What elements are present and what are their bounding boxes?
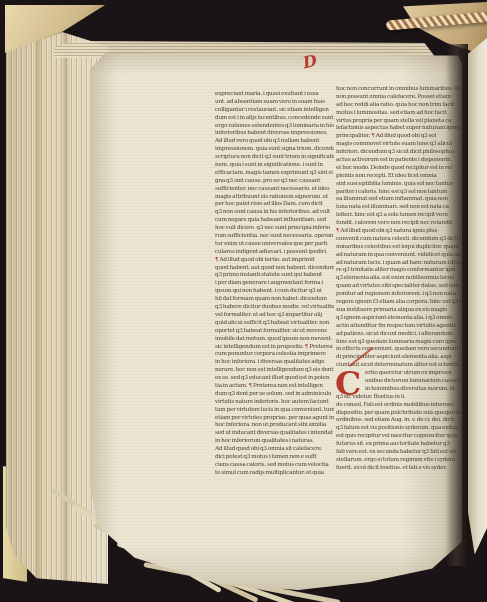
text-line: tur enim ut cause universales que per pa… [215,241,334,249]
initial-section: C ertio queretur utrum ex impressionibus… [336,370,462,394]
text-line: fuerit. sicut dicit boetius. et fati e v… [336,465,462,473]
facing-page-edge [468,38,487,565]
drop-cap-initial: C [335,372,362,395]
text-line: ad naturam lucis. i quam ad hanc naturam… [336,260,462,268]
text-line: stellarum. ergo si totum regimen vite i … [336,457,462,465]
text-line: pariter i caloris. hinc est q3 sol non t… [336,189,462,197]
text-line: impressionem. quia sunt signa trium. dic… [215,146,334,154]
pilcrow-mark: ¶ [215,257,218,263]
text-line: quod habent. aut quod non habent. dicend… [215,265,334,273]
text-line: tia in actum. ¶ Preterea non est intelli… [215,383,334,391]
text-line: dum est i in alijs lucentibus. concedend… [215,115,334,123]
pilcrow-mark: ¶ [336,228,339,234]
text-line: est quis recipitur vel nascitur cognosci… [336,433,462,441]
text-column-right: hoc non concurrunt in omnibus luminaribu… [336,86,462,473]
text-line: sic intelligendum est in proposito. ¶ Pr… [215,344,334,352]
text-line: convenit cum natura celesti. dicendum q3… [336,236,462,244]
text-line: q3 non sunt causa in his inferioribus. a… [215,209,334,217]
text-line: hinc est q3 quedam luminaria magis cum i… [336,339,462,347]
text-line: lefieri. hinc est q3 a sole lumen recipi… [336,212,462,220]
text-line: nerare. hoc non est intelligendum q3 eis… [215,367,334,375]
text-line: q3 ignem aspiciunt elementa alia. i q3 o… [336,315,462,323]
pilcrow-mark: ¶ [305,344,308,350]
text-line: rum sufficientia. nec sunt necessaria. o… [215,233,334,241]
text-line: principaliter. ¶ Ad illud quod obi q3 so… [336,133,462,141]
text-line: scriptura non dicit q3 sunt trium in sig… [215,154,334,162]
text-line: expreciant maria. i quasi exultant i ess… [215,91,334,99]
text-line: quam ad virtutes sibi specialiter datas.… [336,283,462,291]
text-line: fati vere est. ex secunda habetur q3 fat… [336,449,462,457]
text-line: non possunt omnia calefacere. Posset eti… [336,94,462,102]
text-line: hoc vult dicere. q3 nec sunt principia i… [215,225,334,233]
text-line: sufficienter. nec causant necessario. et… [215,186,334,194]
text-line: ponitur ad regionem inferiorem. i q3 non… [336,291,462,299]
text-line: q3 habere dicitur duobus modis. vel virt… [215,304,334,312]
text-line: hoc inferiora. non ut producant sibi sim… [215,422,334,430]
pilcrow-mark: ¶ [371,133,374,139]
text-line: actus activorum est in patiente i dispon… [336,157,462,165]
text-line: q3 fatum est vis positionis syderum. qua… [336,425,462,433]
text-line: inferiori. dicendum q3 sicut dicit philo… [336,149,462,157]
text-line: q3 elementa alia. est enim nobilissimus … [336,275,462,283]
pilcrow-mark: ¶ [249,383,252,389]
text-line: oportet q3 habeat formaliter. sicut move… [215,328,334,336]
text-line: imobile dat motum. quod ipsum non movent… [215,336,334,344]
text-line: i per diam generare i augmentant forma i [215,280,334,288]
text-line: virtus propria per quam stella vel plane… [336,118,462,126]
text-line: actio attenditur fm respectum virtutis a… [336,323,462,331]
text-line: ergo rationes ostendentes q3 luminaria i… [215,123,334,131]
text-line: hil dat formam quam non habet. dicendum [215,296,334,304]
text-line: ¶ Ad illud quod obi q3 natura ignis plus [336,228,462,236]
text-line: ad naturam in qua conveniunt. videlicet … [336,252,462,260]
text-line: fundit. calorem vero non recipit nec ret… [336,220,462,228]
text-line: te simul cum radijs multiplicantur. et q… [215,470,334,478]
text-block: hoc non concurrunt in omnibus luminaribu… [336,86,462,370]
text-line: virtutis nature inferioris. hoc autem fa… [215,399,334,407]
text-line: ex se. sed q3 educant illud quod est in … [215,375,334,383]
text-line: magis commovet virtute suam lune q3 alic… [336,141,462,149]
text-line: in effectu conveniunt. quedam vero secun… [336,346,462,354]
text-line: colligantur i restaurant. sic etiam inte… [215,107,334,115]
text-line: ad patiens. sicut dicunt medici. i alter… [336,331,462,339]
text-line: nem. quia i sunt in significatione. i su… [215,162,334,170]
text-line: cum ponuntur corpora celestia imprimere [215,351,334,359]
text-line: unt. ad absentiam suam vero in suam fuas [215,99,334,107]
text-line: futurus sit. ex prima auctoritate habetu… [336,441,462,449]
text-line: dum q3 dent per se solum. sed in adminic… [215,391,334,399]
text-line: in hoc inferiora. i diversas qualitates … [215,359,334,367]
text-line: inferioribus habent diversas impressione… [215,130,334,138]
text-line: lefactionis aspectus habet super naturam… [336,125,462,133]
text-line: Ad illud quod obi q3 omnia sit calefacer… [215,446,334,454]
text-line: sua instituere primaria aliqua ex eis ma… [336,307,462,315]
text-line: ciens causa caloris. sed motus cum veloc… [215,462,334,470]
text-line: in hoc inferiorum qualitates i naturas. [215,438,334,446]
text-line: luna nata est illuminari. sed non est na… [336,204,462,212]
text-line: sed ut inducant diversas qualitates i in… [215,430,334,438]
text-line: etiam per virtutes proprias. per quas ag… [215,415,334,423]
book-photo: D expreciant maria. i quasi exultant i e… [0,0,487,602]
text-line: motus i luminositas. sed etiam ad hoc fa… [336,110,462,118]
text-block: q3 sic videtur. Boetius in li.de consol.… [336,394,462,473]
text-line: q3 primo instanti statute sunt qui haben… [215,272,334,280]
text-line: magis attribuunt eis rationem signorum. … [215,194,334,202]
text-line: hoc non concurrunt in omnibus luminaribu… [336,86,462,94]
text-line: efficaciam. magis tamen exprimunt q3 sin… [215,170,334,178]
text-line: sint susceptibilia luminis. quia sol nec… [336,181,462,189]
text-column-left: expreciant maria. i quasi exultant i ess… [215,91,334,478]
text-line: dispositio. per quam pulchritudo suis qu… [336,410,462,418]
text-line: re q3 trinitatis aliter magis conformant… [336,267,462,275]
text-line: ordinibus. sed etiam Aug. in. v. de ci. … [336,417,462,425]
text-line: gna q3 sint cause. pro eo q3 nec causant [215,178,334,186]
text-line: regere ignem f3 etiam alia corpora. hinc… [336,299,462,307]
text-line: vel formaliter. et ad hoc q3 impartitur … [215,312,334,320]
text-line: pientis non recepti. Et ideo licet omnia [336,173,462,181]
text-line: per hoc patet risio ad illos Dam. cum di… [215,201,334,209]
text-line: minaribus celestibus est loqui duplicite… [336,244,462,252]
text-line: ad hoc reddi alia ratio. quia hoc non tr… [336,102,462,110]
text-line: Ad illud vero quod obi q3 nullam habent [215,138,334,146]
text-line: ipsum qui non habent. i cum dicitur q3 n… [215,288,334,296]
text-line: ea illuminat sed etiam inflammat. quia n… [336,196,462,204]
text-line: ¶ Ad illud quod obi tertio. aut imprimit [215,257,334,265]
text-line: cum negare quia habeant influentiam. sed [215,217,334,225]
text-line: dici potest q3 motus i lumen non e suffi [215,454,334,462]
text-line: et hoc modo. Deinde quod recipitur est i… [336,165,462,173]
text-line: tam per virtutem lucis in qua conveniunt… [215,407,334,415]
text-line: culares indigent adiuvari. i possunt ipe… [215,249,334,257]
text-line: quid alicui sufficit q3 habeat virtualit… [215,320,334,328]
text-line: de consol. Fati est ordinis mobilibus in… [336,402,462,410]
